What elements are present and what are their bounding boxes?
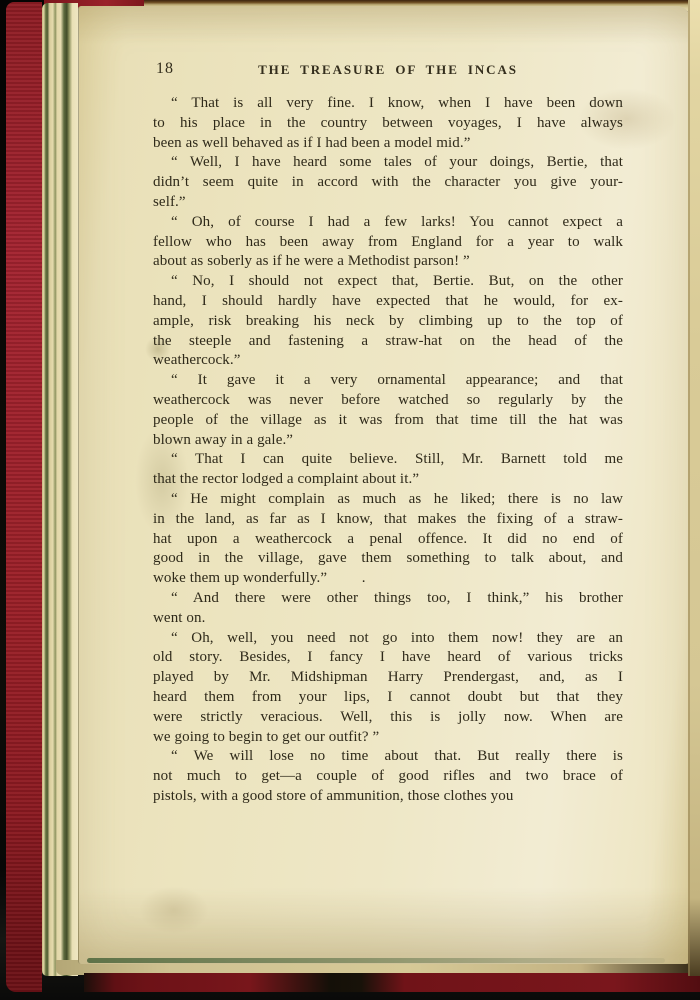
- paragraph: “ That is all very fine. I know, when I …: [153, 94, 623, 153]
- text-line: that the rector lodged a complaint about…: [153, 470, 623, 490]
- text-line: about as soberly as if he were a Methodi…: [153, 252, 623, 272]
- text-line: not much to get—a couple of good rifles …: [153, 767, 623, 787]
- paragraph: “ We will lose no time about that. But r…: [153, 747, 623, 806]
- text-line: were strictly veracious. Well, this is j…: [153, 708, 623, 728]
- text-line: fellow who has been away from England fo…: [153, 233, 623, 253]
- text-line: “ Oh, of course I had a few larks! You c…: [153, 213, 623, 233]
- stain: [139, 886, 209, 934]
- page-edges-left: [42, 3, 78, 976]
- text-line: “ That is all very fine. I know, when I …: [153, 94, 623, 114]
- text-line: old story. Besides, I fancy I have heard…: [153, 648, 623, 668]
- paragraph: “ Oh, of course I had a few larks! You c…: [153, 213, 623, 272]
- text-line: to his place in the country between voya…: [153, 114, 623, 134]
- paragraph: “ That I can quite believe. Still, Mr. B…: [153, 450, 623, 490]
- text-line: we going to begin to get our outfit? ”: [153, 728, 623, 748]
- page-edge-right-gutter: [688, 0, 700, 976]
- text-line: blown away in a gale.”: [153, 431, 623, 451]
- text-line: pistols, with a good store of ammunition…: [153, 787, 623, 807]
- text-line: “ No, I should not expect that, Bertie. …: [153, 272, 623, 292]
- text-line: “ And there were other things too, I thi…: [153, 589, 623, 609]
- text-line: went on.: [153, 609, 623, 629]
- text-line: self.”: [153, 193, 623, 213]
- text-line: been as well behaved as if I had been a …: [153, 134, 623, 154]
- paragraph: “ He might complain as much as he liked;…: [153, 490, 623, 589]
- text-line: in the land, as far as I know, that make…: [153, 510, 623, 530]
- text-line: people of the village as it was from tha…: [153, 411, 623, 431]
- text-line: heard them from your lips, I cannot doub…: [153, 688, 623, 708]
- text-line: woke them up wonderfully.” .: [153, 569, 623, 589]
- text-line: “ It gave it a very ornamental appearanc…: [153, 371, 623, 391]
- running-title: THE TREASURE OF THE INCAS: [153, 62, 623, 78]
- text-line: didn’t seem quite in accord with the cha…: [153, 173, 623, 193]
- text-line: good in the village, gave them something…: [153, 549, 623, 569]
- text-line: hat upon a weathercock a penal offence. …: [153, 530, 623, 550]
- text-line: hand, I should hardly have expected that…: [153, 292, 623, 312]
- text-line: “ We will lose no time about that. But r…: [153, 747, 623, 767]
- text-line: weathercock.”: [153, 351, 623, 371]
- book-page: 18 THE TREASURE OF THE INCAS “ That is a…: [78, 6, 691, 964]
- paragraph: “ Well, I have heard some tales of your …: [153, 153, 623, 212]
- text-line: “ Oh, well, you need not go into them no…: [153, 629, 623, 649]
- text-line: played by Mr. Midshipman Harry Prenderga…: [153, 668, 623, 688]
- paragraph: “ No, I should not expect that, Bertie. …: [153, 272, 623, 371]
- text-line: the steeple and fastening a straw-hat on…: [153, 332, 623, 352]
- page-header: 18 THE TREASURE OF THE INCAS: [153, 60, 623, 82]
- page-bottom-edge-green: [87, 958, 665, 963]
- text-line: “ He might complain as much as he liked;…: [153, 490, 623, 510]
- text-line: “ Well, I have heard some tales of your …: [153, 153, 623, 173]
- text-line: “ That I can quite believe. Still, Mr. B…: [153, 450, 623, 470]
- paragraph: “ Oh, well, you need not go into them no…: [153, 629, 623, 748]
- book-cover-left: [6, 2, 42, 992]
- book-cover-bottom: [84, 973, 700, 992]
- page-text: “ That is all very fine. I know, when I …: [153, 94, 623, 807]
- paragraph: “ And there were other things too, I thi…: [153, 589, 623, 629]
- paragraph: “ It gave it a very ornamental appearanc…: [153, 371, 623, 450]
- book-photograph: 18 THE TREASURE OF THE INCAS “ That is a…: [0, 0, 700, 1000]
- text-line: ample, risk breaking his neck by climbin…: [153, 312, 623, 332]
- text-line: weathercock was never before watched so …: [153, 391, 623, 411]
